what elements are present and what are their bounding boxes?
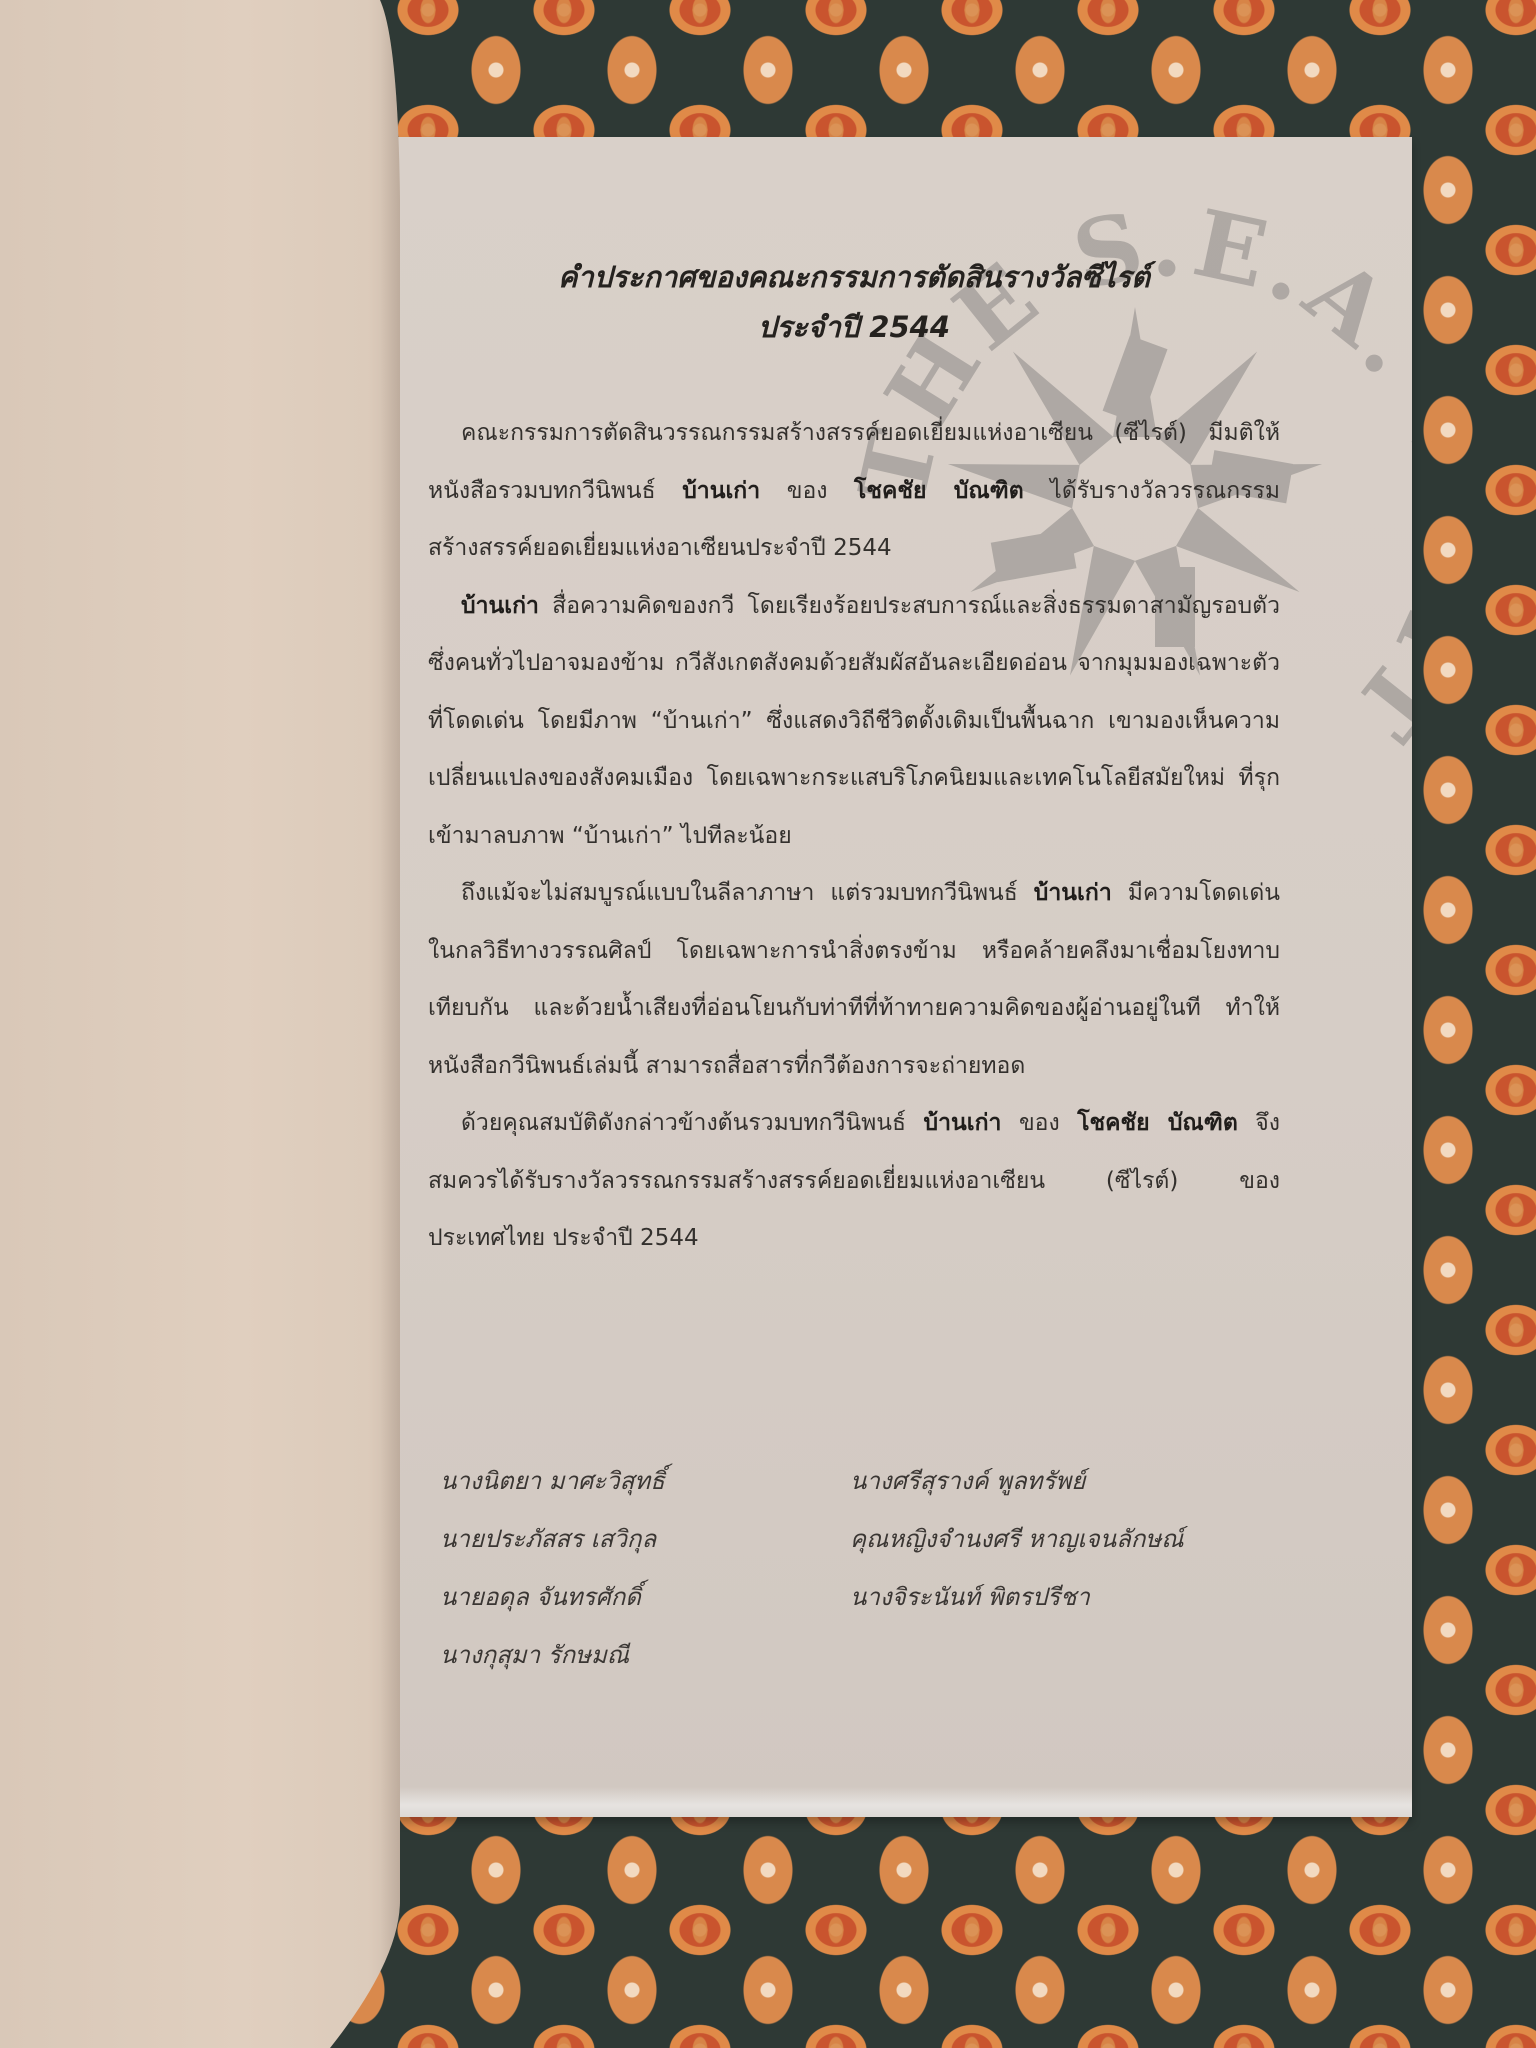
book-left-page-blank (0, 0, 400, 2048)
paragraph-2: บ้านเก่า สื่อความคิดของกวี โดยเรียงร้อยป… (428, 578, 1280, 866)
book-title-bold: บ้านเก่า (461, 593, 539, 619)
paragraph-3: ถึงแม้จะไม่สมบูรณ์แบบในลีลาภาษา แต่รวมบท… (428, 865, 1280, 1095)
paragraph-4: ด้วยคุณสมบัติดังกล่าวข้างต้นรวมบทกวีนิพน… (428, 1095, 1280, 1268)
author-name-bold: โชคชัย บัณฑิต (854, 478, 1024, 504)
signer-name: นายประภัสสร เสวิกุล (440, 1510, 850, 1568)
book-right-page: THE S.E.A. WRITE AWARD คำประกาศของคณะกร (395, 137, 1412, 1817)
signer-name: นางกุสุมา รักษมณี (440, 1626, 850, 1684)
author-name-bold: โชคชัย บัณฑิต (1077, 1110, 1238, 1136)
text-segment: ถึงแม้จะไม่สมบูรณ์แบบในลีลาภาษา แต่รวมบท… (461, 880, 1034, 906)
committee-signers: นางนิตยา มาศะวิสุทธิ์ นายประภัสสร เสวิกุ… (440, 1452, 1280, 1684)
signer-name: คุณหญิงจำนงศรี หาญเจนลักษณ์ (850, 1510, 1280, 1568)
title-line-2: ประจำปี 2544 (428, 302, 1280, 352)
signers-left-column: นางนิตยา มาศะวิสุทธิ์ นายประภัสสร เสวิกุ… (440, 1452, 850, 1684)
announcement-body: คณะกรรมการตัดสินวรรณกรรมสร้างสรรค์ยอดเยี… (428, 405, 1280, 1268)
signers-right-column: นางศรีสุรางค์ พูลทรัพย์ คุณหญิงจำนงศรี ห… (850, 1452, 1280, 1684)
title-line-1: คำประกาศของคณะกรรมการตัดสินรางวัลซีไรต์ (428, 252, 1280, 302)
announcement-title: คำประกาศของคณะกรรมการตัดสินรางวัลซีไรต์ … (428, 252, 1280, 352)
book-title-bold: บ้านเก่า (682, 478, 760, 504)
signer-name: นางศรีสุรางค์ พูลทรัพย์ (850, 1452, 1280, 1510)
text-segment: ของ (1001, 1110, 1077, 1136)
book-title-bold: บ้านเก่า (1034, 880, 1112, 906)
text-segment: สื่อความคิดของกวี โดยเรียงร้อยประสบการณ์… (428, 593, 1280, 849)
text-segment: ด้วยคุณสมบัติดังกล่าวข้างต้นรวมบทกวีนิพน… (461, 1110, 924, 1136)
signer-name: นางจิระนันท์ พิตรปรีชา (850, 1568, 1280, 1626)
book-title-bold: บ้านเก่า (924, 1110, 1002, 1136)
signer-name: นางนิตยา มาศะวิสุทธิ์ (440, 1452, 850, 1510)
text-segment: ของ (760, 478, 854, 504)
paragraph-1: คณะกรรมการตัดสินวรรณกรรมสร้างสรรค์ยอดเยี… (428, 405, 1280, 578)
signer-name: นายอดุล จันทรศักดิ์ (440, 1568, 850, 1626)
text-segment: มีความโดดเด่นในกลวิธีทางวรรณศิลป์ โดยเฉพ… (428, 880, 1280, 1079)
